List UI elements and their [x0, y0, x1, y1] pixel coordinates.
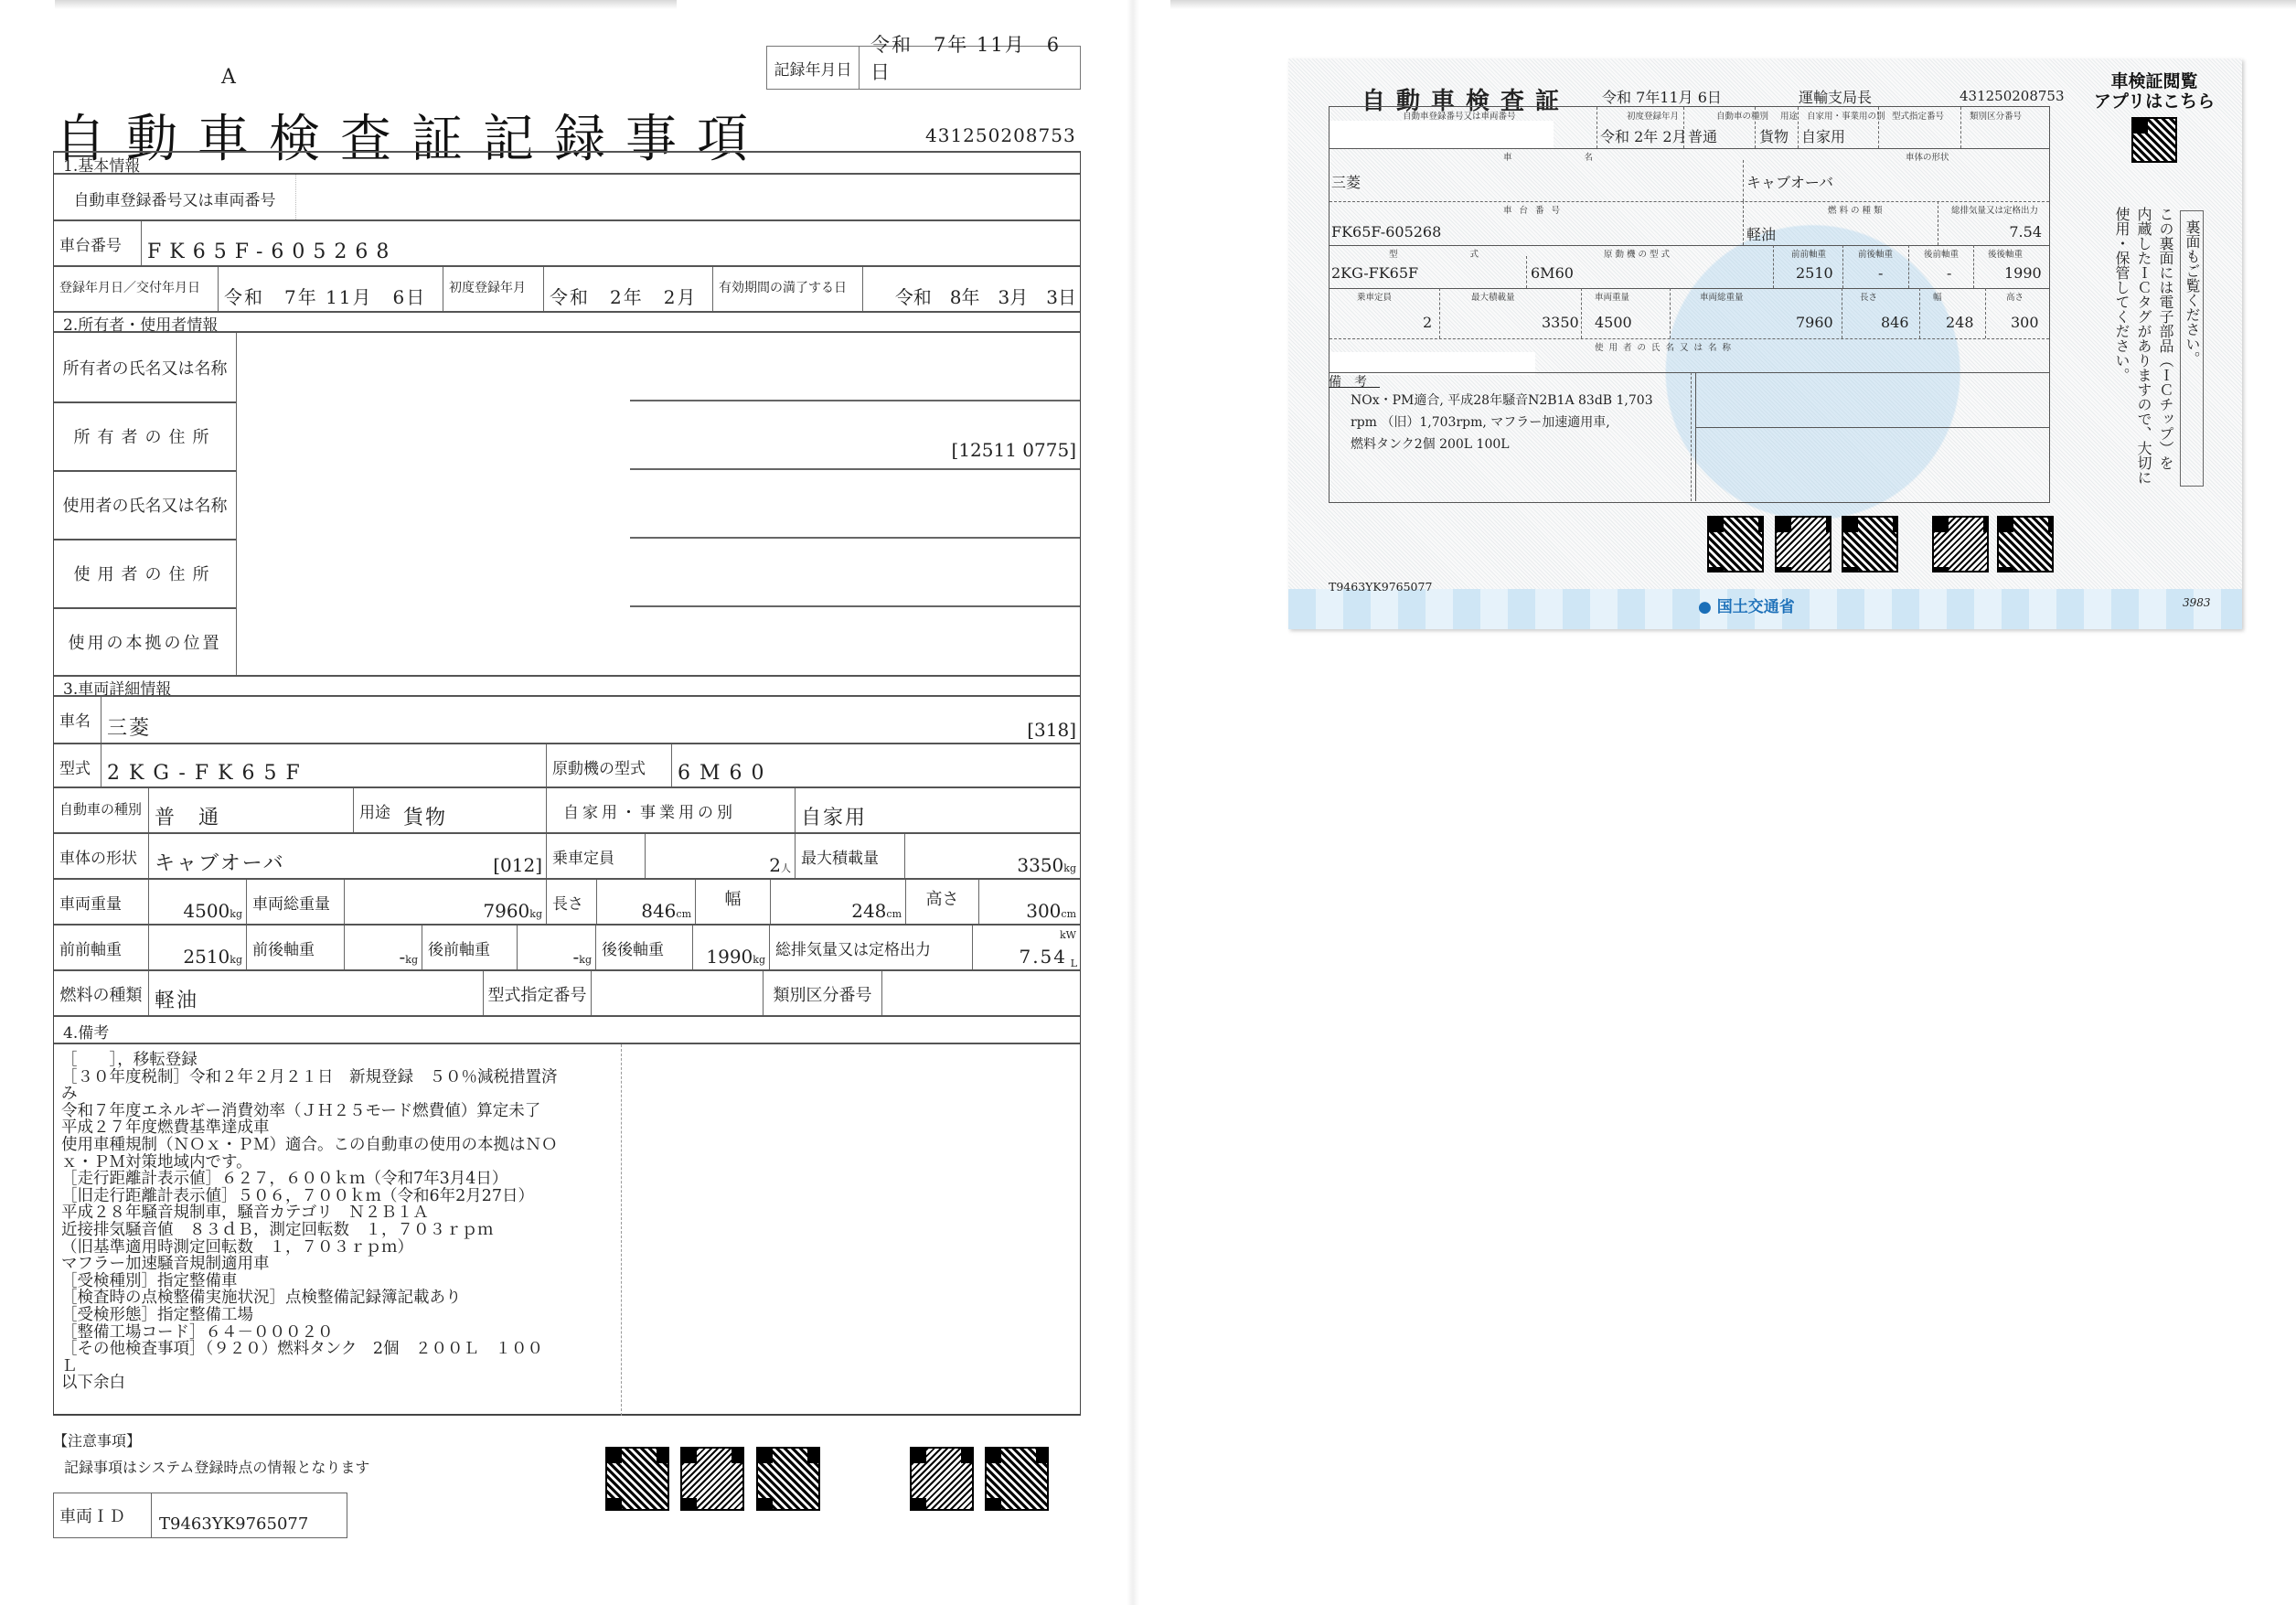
- section-header: 1.基本情報: [54, 151, 1080, 175]
- card-document-number: 431250208753: [1960, 88, 2065, 104]
- owner-address-label: 所有者の住所: [54, 424, 236, 448]
- remarks-text: ［ ］，移転登録 ［３０年度税制］令和２年２月２１日 新規登録 ５０％減税措置済…: [61, 1052, 582, 1392]
- rf-axle-unit: kg: [579, 954, 592, 966]
- max-load-value: 3350: [1017, 854, 1063, 876]
- card-label: 車体の形状: [1906, 150, 1949, 163]
- body-shape-value: キャブオーバ: [155, 848, 285, 876]
- remarks-block: ［ ］，移転登録 ［３０年度税制］令和２年２月２１日 新規登録 ５０％減税措置済…: [54, 1043, 1080, 1416]
- inspection-certificate-card: 自動車検査証 令和 7年11月 6日 運輸支局長 431250208753 自動…: [1288, 59, 2242, 629]
- ministry-name: 国土交通省: [1717, 598, 1795, 616]
- card-label: 前後軸重: [1858, 247, 1893, 260]
- type-designation-label: 型式指定番号: [484, 982, 591, 1006]
- card-label: 後前軸重: [1924, 247, 1959, 260]
- card-usage: 貨物: [1759, 125, 1789, 146]
- private-business-label: 自家用・事業用の別: [563, 799, 736, 822]
- card-label: 前前軸重: [1791, 247, 1826, 260]
- first-registration-label: 初度登録年月: [449, 278, 526, 296]
- capacity-unit: 人: [781, 862, 791, 874]
- usage-label: 用途: [359, 799, 390, 822]
- rf-axle-label: 後前軸重: [428, 936, 490, 959]
- card-label: 車台番号: [1503, 203, 1567, 216]
- owner-user-block: 所有者の氏名又は名称 所有者の住所 使用者の氏名又は名称 使用者の住所 使用の本…: [54, 331, 1080, 677]
- card-private-business: 自家用: [1801, 125, 1845, 146]
- gross-weight-value: 7960: [483, 900, 529, 922]
- card-engine-model: 6M60: [1531, 264, 1574, 282]
- ff-axle-value: 2510: [183, 946, 230, 968]
- chassis-number-value: FK65F-605268: [147, 241, 397, 263]
- card-vehicle-class: 普通: [1688, 125, 1717, 146]
- width-label: 幅: [696, 886, 770, 910]
- app-qr-code-icon[interactable]: [2131, 117, 2177, 163]
- qr-code-icon: [1775, 516, 1831, 572]
- qr-code-icon: [605, 1447, 669, 1511]
- height-value: 300: [1026, 900, 1061, 922]
- capacity-value: 2: [769, 854, 781, 876]
- gross-weight-label: 車両総重量: [252, 891, 330, 914]
- card-rf-axle: -: [1947, 264, 1951, 282]
- class-row: 自動車の種別 普 通 用途 貨物 自家用・事業用の別 自家用: [54, 786, 1080, 834]
- card-model: 2KG-FK65F: [1331, 264, 1418, 282]
- car-name-value: 三菱: [107, 712, 151, 741]
- car-name-row: 車名 三菱[318]: [54, 695, 1080, 744]
- fuel-row: 燃料の種類 軽油 型式指定番号 類別区分番号: [54, 969, 1080, 1017]
- fuel-label: 燃料の種類: [54, 982, 148, 1006]
- ministry-logo: ● 国土交通省: [1698, 594, 1795, 616]
- vehicle-class-value: 普 通: [155, 802, 220, 830]
- owner-address-code: [12511 0775]: [952, 439, 1076, 461]
- length-label: 長さ: [552, 891, 583, 914]
- ministry-emblem-icon: ●: [1698, 598, 1712, 616]
- private-business-value: 自家用: [801, 802, 867, 830]
- vehicle-weight-unit: kg: [230, 908, 242, 920]
- record-date-value: 令和 7年 11月 6日: [860, 47, 1080, 89]
- section-header: 2.所有者・使用者情報: [54, 311, 1080, 333]
- card-label: 類別区分番号: [1970, 109, 2022, 122]
- record-date-box: 記録年月日 令和 7年 11月 6日: [766, 46, 1081, 90]
- length-unit: cm: [676, 908, 691, 920]
- registration-number-row: 自動車登録番号又は車両番号: [54, 173, 1080, 221]
- expiry-label: 有効期間の満了する日: [719, 278, 847, 296]
- card-body-shape: キャブオーバ: [1746, 171, 1833, 192]
- redacted-registration-number: [1330, 121, 1554, 148]
- registration-date-label: 登録年月日／交付年月日: [59, 278, 200, 296]
- app-promo: 車検証閲覧 アプリはこちら: [2077, 71, 2232, 163]
- card-label: 燃料の種類: [1828, 203, 1885, 216]
- owner-name-label: 所有者の氏名又は名称: [54, 356, 236, 380]
- card-width: 248: [1946, 314, 1974, 331]
- qr-code-icon: [1707, 516, 1764, 572]
- card-issue-date: 令和 7年11月 6日: [1602, 86, 1722, 107]
- section-header: 4.備考: [54, 1015, 1080, 1044]
- card-displacement: 7.54: [2009, 223, 2042, 241]
- card-label: 原動機の型式: [1604, 247, 1672, 260]
- qr-code-icon: [1997, 516, 2054, 572]
- model-row: 型式 2KG-FK65F 原動機の型式 6M60: [54, 743, 1080, 788]
- card-chassis-number: FK65F-605268: [1331, 223, 1441, 241]
- card-remarks-header: 備考: [1329, 372, 1380, 391]
- side-notice-line: 使用・保管してください。: [2111, 207, 2131, 382]
- car-name-code: [318]: [1027, 719, 1076, 741]
- card-fr-axle: -: [1878, 264, 1883, 282]
- card-vehicle-id: T9463YK9765077: [1329, 580, 1432, 594]
- rr-axle-label: 後後軸重: [602, 936, 664, 959]
- vehicle-weight-label: 車両重量: [59, 891, 122, 914]
- remarks-divider: [621, 1044, 622, 1416]
- body-shape-code: [012]: [493, 854, 542, 876]
- side-notice-line: この裏面には電子部品（ＩＣチップ）を: [2155, 207, 2175, 470]
- card-label: 自家用・事業用の別: [1807, 109, 1885, 122]
- rr-axle-unit: kg: [753, 954, 765, 966]
- card-ff-axle: 2510: [1796, 264, 1833, 282]
- ff-axle-unit: kg: [230, 954, 242, 966]
- body-row: 車体の形状 キャブオーバ[012] 乗車定員 2人 最大積載量 3350kg: [54, 832, 1080, 880]
- category-number-label: 類別区分番号: [764, 982, 881, 1006]
- card-label: 最大積載量: [1471, 290, 1515, 303]
- section-header: 3.車両詳細情報: [54, 675, 1080, 697]
- card-car-name: 三菱: [1331, 171, 1361, 192]
- card-label: 総排気量又は定格出力: [1951, 203, 2038, 216]
- divider: [630, 605, 1080, 607]
- model-label: 型式: [59, 755, 91, 778]
- card-remarks-text: NOx・PM適合, 平成28年騒音N2B1A 83dB 1,703 rpm （旧…: [1351, 390, 1680, 455]
- card-label: 型式指定番号: [1892, 109, 1944, 122]
- record-date-label: 記録年月日: [767, 47, 860, 89]
- card-first-registration: 令和 2年 2月: [1600, 125, 1687, 146]
- card-label: 自動車登録番号又は車両番号: [1403, 109, 1516, 122]
- chassis-number-label: 車台番号: [59, 232, 122, 255]
- document-number: 431250208753: [925, 124, 1076, 146]
- card-label: 車両重量: [1595, 290, 1629, 303]
- vehicle-id-value: T9463YK9765077: [152, 1493, 347, 1537]
- app-promo-text: 車検証閲覧 アプリはこちら: [2077, 71, 2232, 112]
- car-name-label: 車名: [59, 708, 91, 731]
- max-load-label: 最大積載量: [801, 845, 879, 868]
- rr-axle-value: 1990: [706, 946, 753, 968]
- card-label: 乗車定員: [1357, 290, 1392, 303]
- height-unit: cm: [1061, 908, 1076, 920]
- card-length: 846: [1881, 314, 1909, 331]
- vehicle-id-label: 車両ＩＤ: [54, 1493, 152, 1537]
- ff-axle-label: 前前軸重: [59, 936, 122, 959]
- card-label: 幅: [1933, 290, 1942, 303]
- width-value: 248: [851, 900, 886, 922]
- page-edge-shadow: [1170, 0, 2296, 9]
- dates-row: 登録年月日／交付年月日 令和 7年 11月 6日 初度登録年月 令和 2年 2月…: [54, 265, 1080, 313]
- notes-header: 【注意事項】: [53, 1429, 141, 1450]
- fuel-value: 軽油: [155, 985, 198, 1013]
- qr-code-icon: [910, 1447, 974, 1511]
- divider: [630, 400, 1080, 401]
- displacement-label: 総排気量又は定格出力: [775, 936, 931, 959]
- max-load-unit: kg: [1063, 862, 1076, 874]
- vehicle-weight-value: 4500: [183, 900, 230, 922]
- card-serial: 3983: [2183, 596, 2211, 609]
- usage-value: 貨物: [403, 802, 447, 830]
- card-fuel: 軽油: [1746, 223, 1776, 244]
- engine-model-value: 6M60: [678, 762, 774, 785]
- displacement-unit-kw: kW: [1060, 929, 1076, 941]
- card-label: 長さ: [1860, 290, 1877, 303]
- qr-code-icon: [680, 1447, 744, 1511]
- body-shape-label: 車体の形状: [59, 845, 137, 868]
- fr-axle-unit: kg: [405, 954, 418, 966]
- qr-code-icon: [1842, 516, 1898, 572]
- fr-axle-label: 前後軸重: [252, 936, 315, 959]
- engine-model-label: 原動機の型式: [552, 755, 646, 778]
- corner-mark: A: [221, 66, 236, 89]
- gross-weight-unit: kg: [529, 908, 542, 920]
- divider: [630, 537, 1080, 539]
- user-name-label: 使用者の氏名又は名称: [54, 493, 236, 517]
- card-label: 型 式: [1389, 247, 1497, 260]
- card-label: 用途: [1780, 109, 1798, 122]
- user-address-label: 使用者の住所: [54, 562, 236, 585]
- axle-row: 前前軸重 2510kg 前後軸重 -kg 後前軸重 -kg 後後軸重 1990k…: [54, 924, 1080, 971]
- expiry-value: 令和 8年 3月 3日: [895, 283, 1076, 309]
- owner-user-labels: 所有者の氏名又は名称 所有者の住所 使用者の氏名又は名称 使用者の住所 使用の本…: [54, 333, 237, 677]
- card-height: 300: [2011, 314, 2039, 331]
- first-registration-value: 令和 2年 2月: [550, 283, 697, 309]
- chassis-number-row: 車台番号 FK65F-605268: [54, 219, 1080, 267]
- card-capacity: 2: [1423, 314, 1432, 331]
- vehicle-class-label: 自動車の種別: [59, 799, 142, 819]
- card-label: 使用者の氏名又は名称: [1595, 340, 1736, 353]
- registration-number-label: 自動車登録番号又は車両番号: [54, 187, 295, 209]
- page-edge-shadow: [55, 0, 677, 9]
- card-label: 車両総重量: [1700, 290, 1744, 303]
- card-gross-weight: 7960: [1796, 314, 1833, 331]
- weight-row: 車両重量 4500kg 車両総重量 7960kg 長さ 846cm 幅 248c…: [54, 878, 1080, 926]
- base-location-label: 使用の本拠の位置: [54, 630, 236, 654]
- vehicle-id-box: 車両ＩＤ T9463YK9765077: [53, 1493, 347, 1538]
- notes-text: 記録事項はシステム登録時点の情報となります: [64, 1456, 369, 1477]
- page-fold: [1127, 0, 1139, 1605]
- card-label: 車 名: [1503, 150, 1611, 163]
- card-label: 高さ: [2006, 290, 2024, 303]
- qr-code-icon: [985, 1447, 1049, 1511]
- divider: [630, 468, 1080, 470]
- model-value: 2KG-FK65F: [107, 762, 309, 785]
- record-table: 1.基本情報 自動車登録番号又は車両番号 車台番号 FK65F-605268 登…: [53, 151, 1081, 1416]
- card-label: 後後軸重: [1988, 247, 2023, 260]
- card-max-load: 3350: [1542, 314, 1579, 331]
- displacement-value: 7.54: [1019, 946, 1067, 968]
- card-authority: 運輸支局長: [1799, 86, 1872, 107]
- card-label: 初度登録年月: [1627, 109, 1679, 122]
- displacement-unit-l: L: [1071, 958, 1077, 969]
- capacity-label: 乗車定員: [552, 845, 614, 868]
- length-value: 846: [641, 900, 676, 922]
- height-label: 高さ: [906, 886, 978, 910]
- width-unit: cm: [886, 908, 902, 920]
- registration-date-value: 令和 7年 11月 6日: [224, 283, 426, 309]
- side-notice-line: 内蔵したＩＣタグがありますので、大切に: [2133, 207, 2153, 485]
- card-vehicle-weight: 4500: [1595, 314, 1632, 331]
- qr-code-icon: [756, 1447, 820, 1511]
- card-label: 自動車の種別: [1716, 109, 1768, 122]
- card-rr-axle: 1990: [2004, 264, 2042, 282]
- side-notice-title: 裏面もご覧ください。: [2182, 219, 2202, 366]
- qr-code-icon: [1932, 516, 1989, 572]
